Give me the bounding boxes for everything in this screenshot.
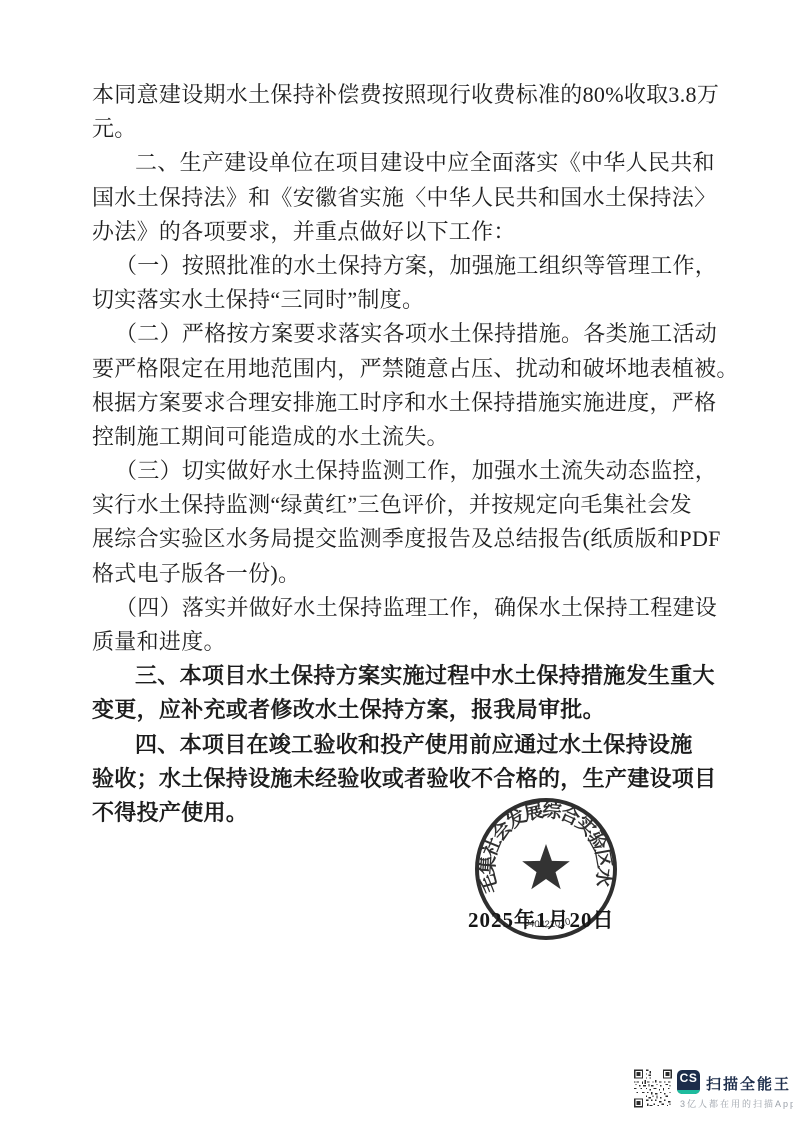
- text-line: 切实落实水土保持“三同时”制度。: [92, 283, 716, 317]
- text-line: 质量和进度。: [92, 625, 716, 659]
- brand-name: 扫描全能王: [706, 1073, 791, 1094]
- text-line: 验收；水土保持设施未经验收或者验收不合格的，生产建设项目: [92, 762, 716, 796]
- document-body: 本同意建设期水土保持补偿费按照现行收费标准的80%收取3.8万元。二、生产建设单…: [92, 78, 716, 830]
- text-line: 元。: [92, 112, 716, 146]
- text-line: 实行水土保持监测“绿黄红”三色评价，并按规定向毛集社会发: [92, 488, 716, 522]
- camscanner-logo-accent: [677, 1090, 700, 1094]
- text-line: 四、本项目在竣工验收和投产使用前应通过水土保持设施: [92, 728, 716, 762]
- text-line: （三）切实做好水土保持监测工作，加强水土流失动态监控，: [92, 454, 716, 488]
- text-line: 控制施工期间可能造成的水土流失。: [92, 420, 716, 454]
- text-line: 变更，应补充或者修改水土保持方案，报我局审批。: [92, 693, 716, 727]
- text-line: 二、生产建设单位在项目建设中应全面落实《中华人民共和: [92, 146, 716, 180]
- text-line: 不得投产使用。: [92, 796, 716, 830]
- approval-date: 2025年1月20日: [468, 904, 615, 934]
- text-line: 国水土保持法》和《安徽省实施〈中华人民共和国水土保持法〉: [92, 181, 716, 215]
- text-line: 办法》的各项要求，并重点做好以下工作：: [92, 215, 716, 249]
- text-line: 根据方案要求合理安排施工时序和水土保持措施实施进度，严格: [92, 386, 716, 420]
- camscanner-logo-icon: CS: [677, 1070, 700, 1094]
- camscanner-logo-letters: CS: [677, 1071, 700, 1085]
- text-line: 本同意建设期水土保持补偿费按照现行收费标准的80%收取3.8万: [92, 78, 716, 112]
- scanned-document-page: 本同意建设期水土保持补偿费按照现行收费标准的80%收取3.8万元。二、生产建设单…: [0, 0, 793, 1122]
- qr-code-icon: [634, 1069, 672, 1108]
- text-line: 展综合实验区水务局提交监测季度报告及总结报告(纸质版和PDF: [92, 522, 716, 556]
- text-line: （二）严格按方案要求落实各项水土保持措施。各类施工活动: [92, 317, 716, 351]
- star-icon: [522, 844, 570, 889]
- text-line: 三、本项目水土保持方案实施过程中水土保持措施发生重大: [92, 659, 716, 693]
- text-line: （一）按照批准的水土保持方案，加强施工组织等管理工作，: [92, 249, 716, 283]
- text-line: （四）落实并做好水土保持监理工作，确保水土保持工程建设: [92, 591, 716, 625]
- text-line: 要严格限定在用地范围内，严禁随意占压、扰动和破坏地表植被。: [92, 352, 716, 386]
- text-line: 格式电子版各一份)。: [92, 557, 716, 591]
- brand-tagline: 3亿人都在用的扫描App: [680, 1097, 793, 1110]
